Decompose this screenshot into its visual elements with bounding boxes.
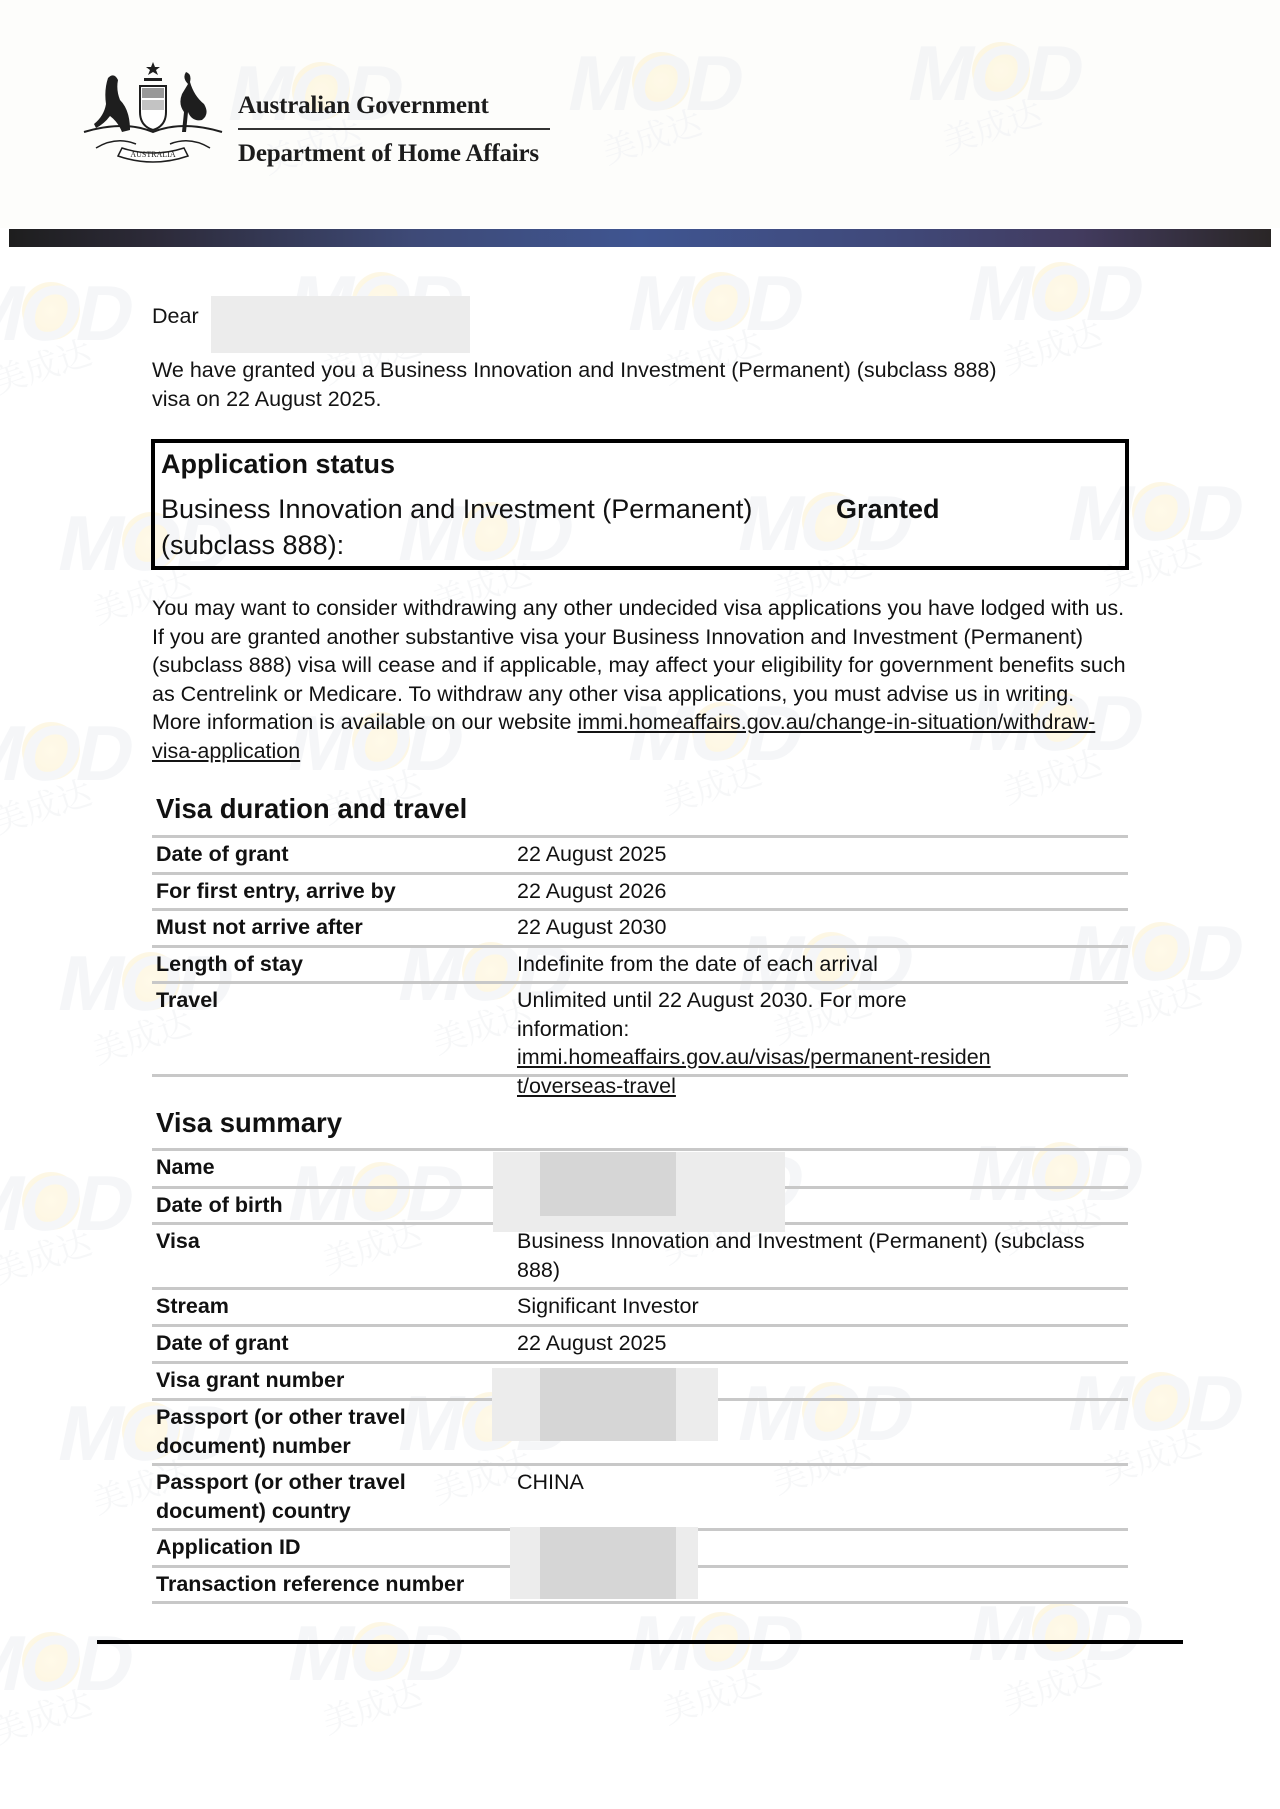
row-label: Name <box>156 1153 506 1182</box>
overseas-travel-link[interactable]: immi.homeaffairs.gov.au/visas/permanent-… <box>517 1045 991 1098</box>
header-band <box>9 229 1271 247</box>
section-title-duration: Visa duration and travel <box>156 793 467 825</box>
duration-table: Date of grant22 August 2025For first ent… <box>152 835 1128 1077</box>
org-name: Australian Government <box>238 92 489 120</box>
table-row: StreamSignificant Investor <box>152 1287 1128 1324</box>
status-visa-name: Business Innovation and Investment (Perm… <box>161 491 821 563</box>
row-value: Indefinite from the date of each arrival <box>517 950 1117 979</box>
row-value: Business Innovation and Investment (Perm… <box>517 1227 1117 1284</box>
mod-watermark: MOD美成达 <box>0 700 170 840</box>
mod-watermark: MOD美成达 <box>0 1150 170 1290</box>
table-row: Passport (or other travel document) coun… <box>152 1463 1128 1528</box>
row-value: CHINA <box>517 1468 1117 1497</box>
row-value: Unlimited until 22 August 2030. For more… <box>517 986 997 1100</box>
section-title-summary: Visa summary <box>156 1107 342 1139</box>
table-row: Length of stayIndefinite from the date o… <box>152 945 1128 981</box>
table-row: Must not arrive after22 August 2030 <box>152 908 1128 945</box>
row-value-text: 22 August 2030 <box>517 915 666 939</box>
row-label: Application ID <box>156 1533 506 1562</box>
row-value-text: Unlimited until 22 August 2030. For more… <box>517 988 907 1041</box>
redacted-name-dob-inner <box>540 1152 676 1216</box>
table-row: Date of grant22 August 2025 <box>152 835 1128 872</box>
row-label: Date of birth <box>156 1191 506 1220</box>
row-value: 22 August 2026 <box>517 877 1117 906</box>
row-value-text: Business Innovation and Investment (Perm… <box>517 1229 1085 1282</box>
mod-watermark: MOD美成达 <box>630 1590 840 1730</box>
row-label: Date of grant <box>156 1329 506 1358</box>
row-value: 22 August 2025 <box>517 1329 1117 1358</box>
row-value-text: 22 August 2025 <box>517 1331 666 1355</box>
status-title: Application status <box>161 449 395 480</box>
row-value: 22 August 2025 <box>517 840 1117 869</box>
row-value: Significant Investor <box>517 1292 1117 1321</box>
withdraw-notice: You may want to consider withdrawing any… <box>152 594 1127 765</box>
row-label: Passport (or other travel document) coun… <box>156 1468 416 1525</box>
row-value-text: 22 August 2026 <box>517 879 666 903</box>
row-label: Transaction reference number <box>156 1570 506 1599</box>
row-label: Stream <box>156 1292 506 1321</box>
row-label: Must not arrive after <box>156 913 506 942</box>
row-label: Length of stay <box>156 950 506 979</box>
mod-watermark: MOD美成达 <box>0 260 170 400</box>
grant-statement-line1: We have granted you a Business Innovatio… <box>152 356 1112 385</box>
redacted-application-transaction-inner <box>540 1527 676 1599</box>
mod-watermark: MOD美成达 <box>0 1610 170 1750</box>
row-value-text: CHINA <box>517 1470 584 1494</box>
svg-text:AUSTRALIA: AUSTRALIA <box>130 150 176 159</box>
table-row: TravelUnlimited until 22 August 2030. Fo… <box>152 981 1128 1077</box>
footer-rule <box>97 1640 1183 1644</box>
row-label: Visa grant number <box>156 1366 506 1395</box>
row-label: Passport (or other travel document) numb… <box>156 1403 416 1460</box>
grant-statement: We have granted you a Business Innovatio… <box>152 356 1112 413</box>
table-row: Date of grant22 August 2025 <box>152 1324 1128 1361</box>
redacted-recipient-name <box>211 296 470 353</box>
row-label: Travel <box>156 986 506 1015</box>
status-badge: Granted <box>836 491 940 527</box>
row-value-text: 22 August 2025 <box>517 842 666 866</box>
salutation: Dear <box>152 302 199 331</box>
coat-of-arms-icon: AUSTRALIA <box>78 58 228 172</box>
application-status-box: Application status Business Innovation a… <box>151 439 1129 570</box>
grant-statement-line2: visa on 22 August 2025. <box>152 385 1112 414</box>
row-label: For first entry, arrive by <box>156 877 506 906</box>
table-row: For first entry, arrive by22 August 2026 <box>152 872 1128 908</box>
row-label: Date of grant <box>156 840 506 869</box>
row-value-text: Significant Investor <box>517 1294 699 1318</box>
row-value: 22 August 2030 <box>517 913 1117 942</box>
department-name: Department of Home Affairs <box>238 140 539 168</box>
mod-watermark: MOD美成达 <box>290 1600 500 1740</box>
row-label: Visa <box>156 1227 506 1256</box>
redacted-grant-passport-inner <box>540 1368 676 1441</box>
header-divider <box>238 128 550 130</box>
row-value-text: Indefinite from the date of each arrival <box>517 952 878 976</box>
